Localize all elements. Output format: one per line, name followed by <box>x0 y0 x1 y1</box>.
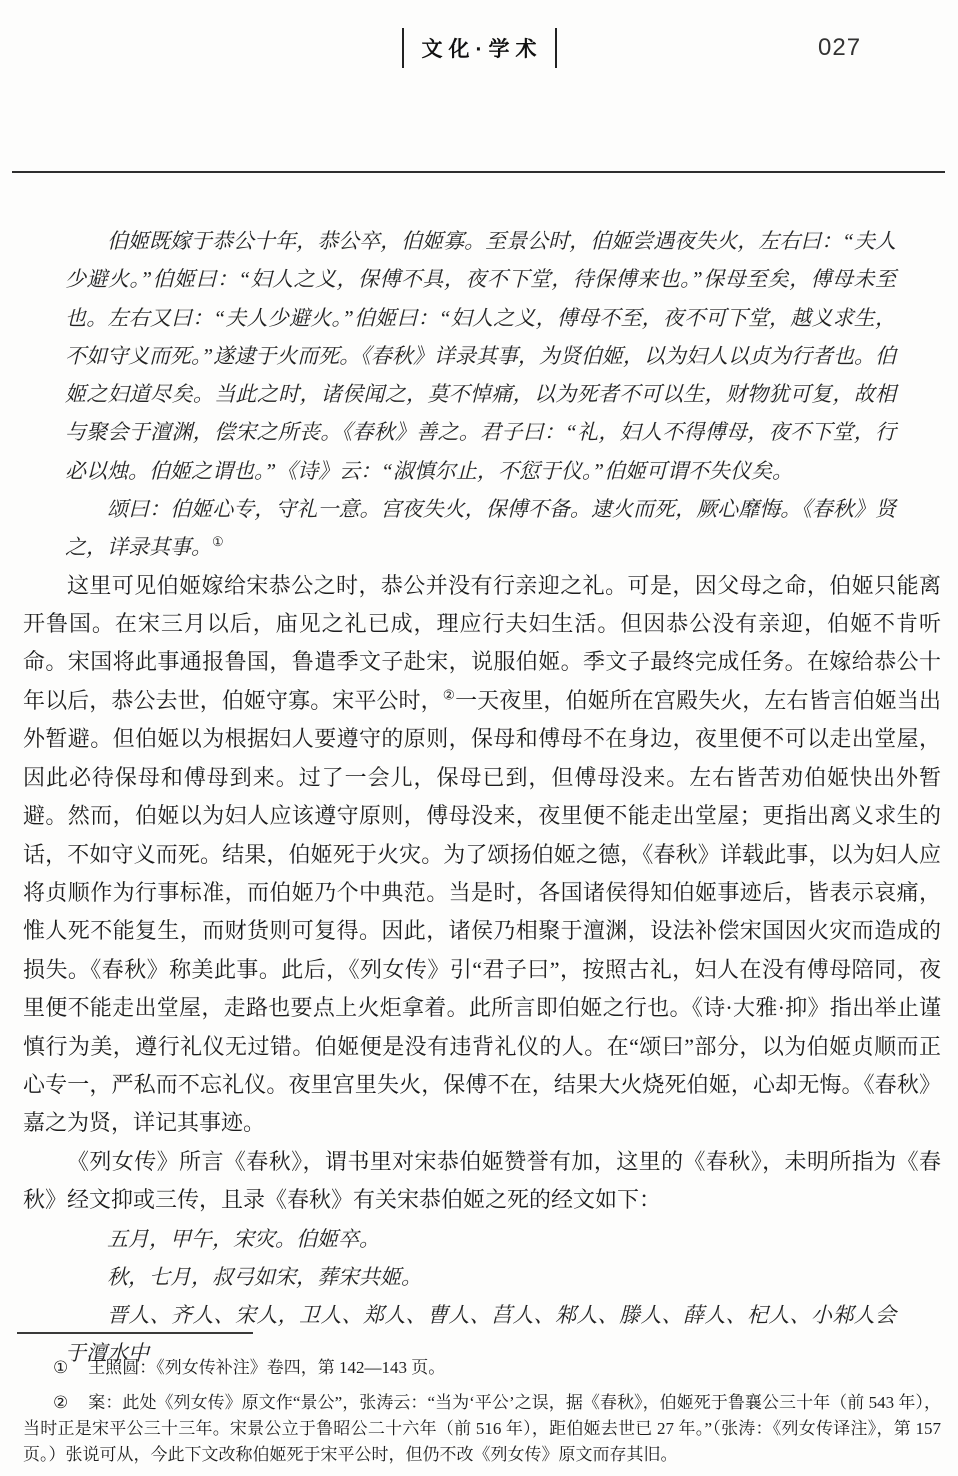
body-paragraph-2: 《列女传》所言《春秋》，谓书里对宋恭伯姬赞誉有加，这里的《春秋》，未明所指为《春… <box>23 1143 941 1220</box>
page-number: 027 <box>818 34 861 62</box>
footnote-ref-1: ① <box>212 534 224 549</box>
header-rule <box>12 171 945 173</box>
footnotes-section: ①王照圆：《列女传补注》卷四，第 142—143 页。 ②案：此处《列女传》原文… <box>23 1332 941 1476</box>
page-content: 伯姬既嫁于恭公十年，恭公卒，伯姬寡。至景公时，伯姬尝遇夜失火，左右曰：“夫人少避… <box>23 200 941 1373</box>
ode-text: 颂曰：伯姬心专，守礼一意。宫夜失火，保傅不备。逮火而死，厥心靡悔。《春秋》贤之，… <box>65 497 896 559</box>
footnote-item: ①王照圆：《列女传补注》卷四，第 142—143 页。 <box>23 1355 941 1381</box>
footnote-ref-2: ② <box>443 688 455 703</box>
quote-paragraph: 伯姬既嫁于恭公十年，恭公卒，伯姬寡。至景公时，伯姬尝遇夜失火，左右曰：“夫人少避… <box>65 222 896 490</box>
ode-paragraph: 颂曰：伯姬心专，守礼一意。宫夜失火，保傅不备。逮火而死，厥心靡悔。《春秋》贤之，… <box>65 490 896 567</box>
body-text-block: 这里可见伯姬嫁给宋恭公之时，恭公并没有行亲迎之礼。可是，因父母之命，伯姬只能离开… <box>23 567 941 1220</box>
section-title: 文化·学术 <box>402 28 557 68</box>
footnote-text: 案：此处《列女传》原文作“景公”，张涛云：“当为‘平公’之误，据《春秋》，伯姬死… <box>23 1393 941 1464</box>
footnote-separator <box>17 1332 253 1334</box>
quote-line: 五月，甲午，宋灾。伯姬卒。 <box>65 1220 896 1258</box>
quote-line: 秋，七月，叔弓如宋，葬宋共姬。 <box>65 1258 896 1296</box>
document-page: { "colors": { "background": "#fdfdfc", "… <box>0 0 958 1476</box>
footnote-marker: ② <box>53 1393 68 1412</box>
classical-quote-block: 伯姬既嫁于恭公十年，恭公卒，伯姬寡。至景公时，伯姬尝遇夜失火，左右曰：“夫人少避… <box>65 222 896 567</box>
footnote-text: 王照圆：《列女传补注》卷四，第 142—143 页。 <box>88 1358 445 1377</box>
footnote-marker: ① <box>53 1358 68 1377</box>
footnote-item: ②案：此处《列女传》原文作“景公”，张涛云：“当为‘平公’之误，据《春秋》，伯姬… <box>23 1390 941 1468</box>
body-paragraph-1-after-ref: 一天夜里，伯姬所在宫殿失火，左右皆言伯姬当出外暂避。但伯姬以为根据妇人要遵守的原… <box>23 688 941 1135</box>
body-paragraph-1: 这里可见伯姬嫁给宋恭公之时，恭公并没有行亲迎之礼。可是，因父母之命，伯姬只能离开… <box>23 567 941 1143</box>
section-header: 文化·学术 <box>0 28 958 68</box>
